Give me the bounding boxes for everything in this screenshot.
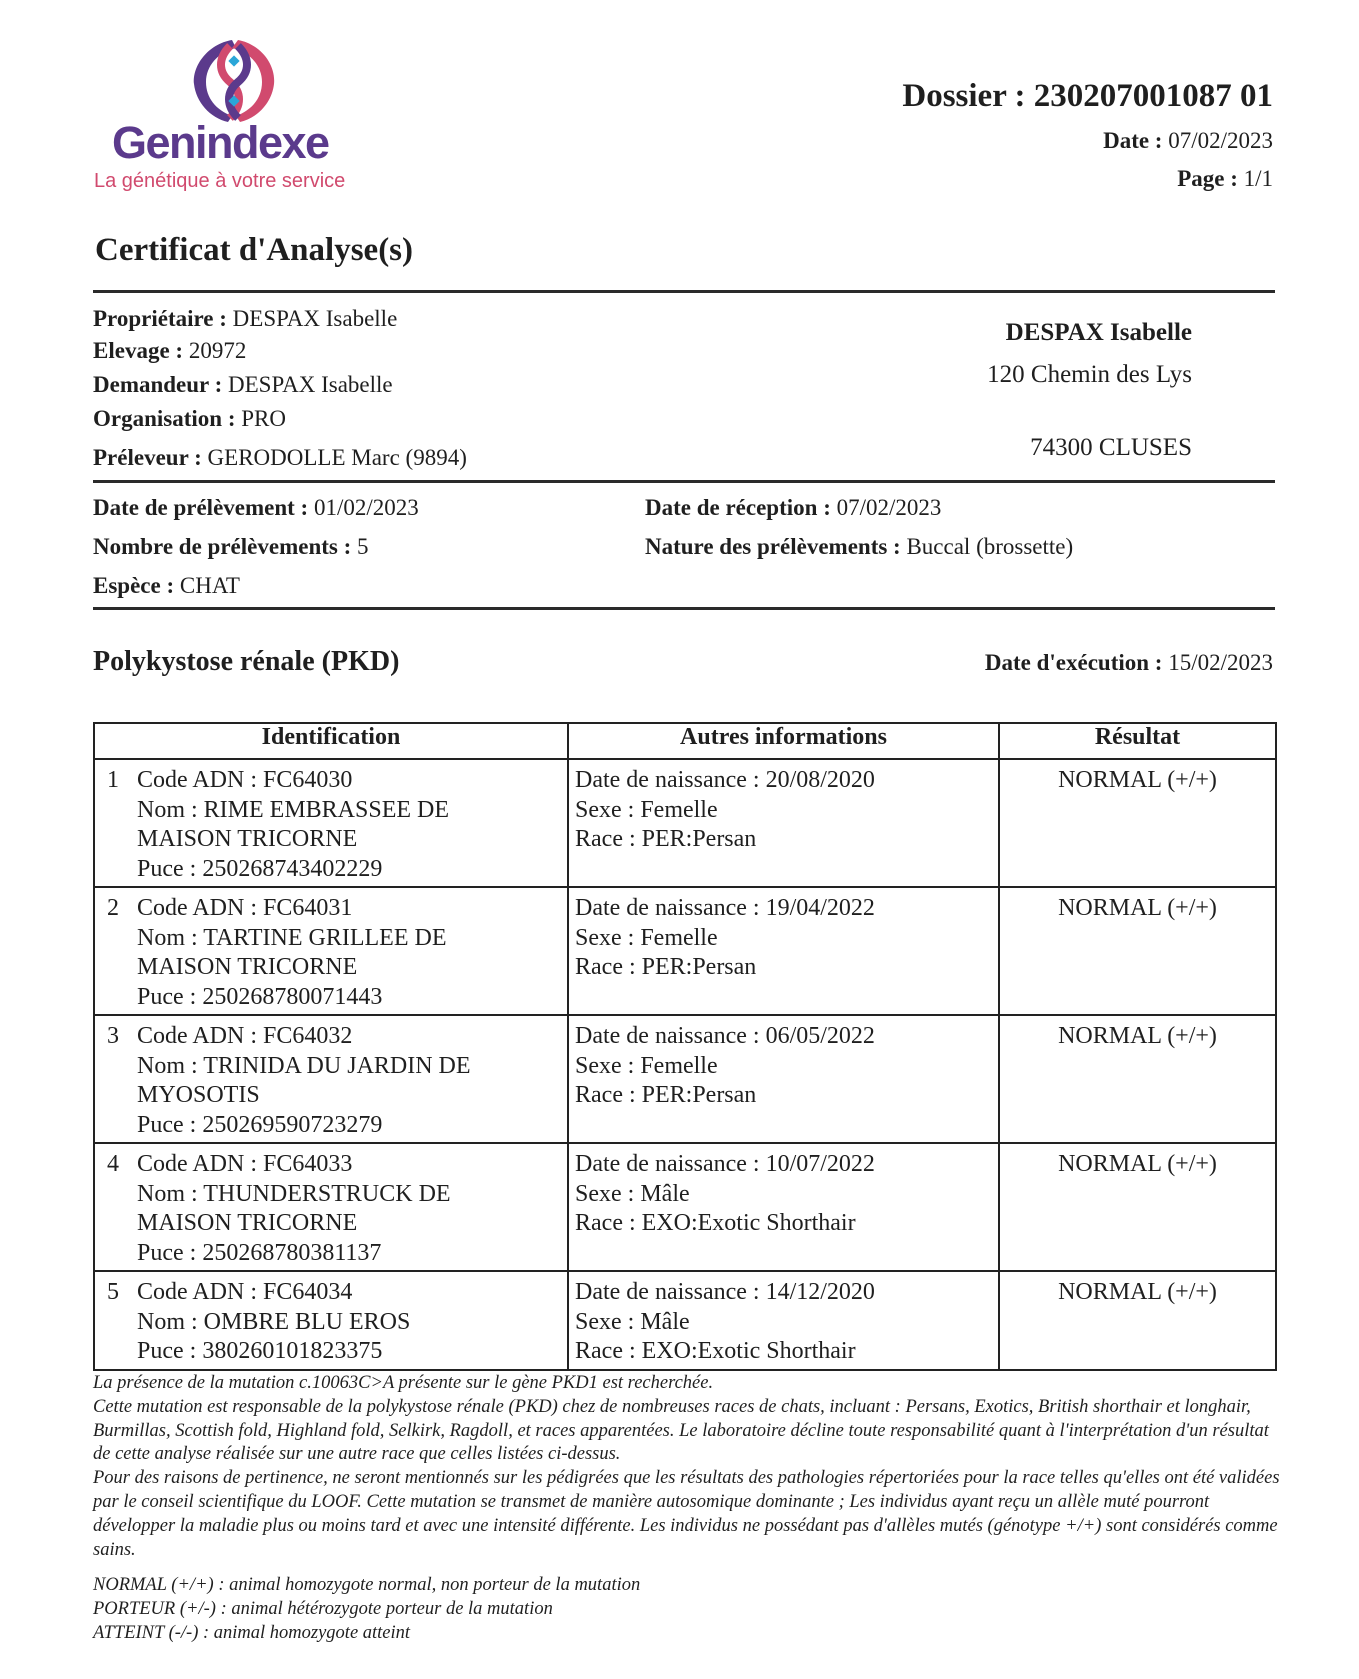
elevage-field: Elevage : 20972: [93, 338, 246, 364]
animal-name-line: Nom : THUNDERSTRUCK DE: [107, 1180, 559, 1210]
proprietaire-value: DESPAX Isabelle: [233, 306, 398, 331]
row-index: 5: [107, 1278, 137, 1308]
birth-date: Date de naissance : 19/04/2022: [575, 894, 990, 924]
code-adn: Code ADN : FC64034: [137, 1279, 352, 1305]
puce-number: Puce : 380260101823375: [107, 1337, 559, 1367]
birth-date: Date de naissance : 14/12/2020: [575, 1278, 990, 1308]
nombre-label: Nombre de prélèvements :: [93, 534, 351, 559]
column-header-autres-informations: Autres informations: [568, 723, 999, 759]
divider: [93, 480, 1275, 483]
result-cell: NORMAL (+/+): [999, 759, 1276, 887]
demandeur-field: Demandeur : DESPAX Isabelle: [93, 372, 393, 398]
other-info-cell: Date de naissance : 10/07/2022Sexe : Mâl…: [568, 1143, 999, 1271]
proprietaire-label: Propriétaire :: [93, 306, 227, 331]
espece-field: Espèce : CHAT: [93, 573, 240, 599]
espece-value: CHAT: [180, 573, 240, 598]
espece-label: Espèce :: [93, 573, 174, 598]
organisation-label: Organisation :: [93, 406, 235, 431]
identification-cell: 2Code ADN : FC64031Nom : TARTINE GRILLEE…: [94, 887, 568, 1015]
demandeur-label: Demandeur :: [93, 372, 222, 397]
animal-name-line: Nom : RIME EMBRASSEE DE: [107, 796, 559, 826]
divider: [93, 607, 1275, 610]
other-info-cell: Date de naissance : 20/08/2020Sexe : Fem…: [568, 759, 999, 887]
result-cell: NORMAL (+/+): [999, 1271, 1276, 1370]
animal-name-line: MAISON TRICORNE: [107, 1209, 559, 1239]
row-index: 1: [107, 766, 137, 796]
code-adn: Code ADN : FC64032: [137, 1023, 352, 1049]
identification-cell: 5Code ADN : FC64034Nom : OMBRE BLU EROSP…: [94, 1271, 568, 1370]
elevage-label: Elevage :: [93, 338, 183, 363]
document-date: Date : 07/02/2023: [1103, 128, 1273, 154]
animal-name-line: Nom : TRINIDA DU JARDIN DE: [107, 1052, 559, 1082]
preleveur-field: Préleveur : GERODOLLE Marc (9894): [93, 445, 467, 471]
execution-value: 15/02/2023: [1168, 650, 1273, 675]
nature-label: Nature des prélèvements :: [645, 534, 901, 559]
table-row: 5Code ADN : FC64034Nom : OMBRE BLU EROSP…: [94, 1271, 1276, 1370]
result-value: NORMAL (+/+): [1008, 1150, 1267, 1180]
date-reception-field: Date de réception : 07/02/2023: [645, 495, 941, 521]
birth-date: Date de naissance : 10/07/2022: [575, 1150, 990, 1180]
sex: Sexe : Mâle: [575, 1308, 990, 1338]
table-row: 4Code ADN : FC64033Nom : THUNDERSTRUCK D…: [94, 1143, 1276, 1271]
birth-date: Date de naissance : 20/08/2020: [575, 766, 990, 796]
address-street: 120 Chemin des Lys: [987, 361, 1192, 389]
table-header-row: Identification Autres informations Résul…: [94, 723, 1276, 759]
dossier-label: Dossier :: [902, 78, 1025, 114]
column-header-resultat: Résultat: [999, 723, 1276, 759]
nature-value: Buccal (brossette): [906, 534, 1073, 559]
dossier-value: 230207001087 01: [1034, 78, 1273, 114]
preleveur-label: Préleveur :: [93, 445, 202, 470]
preleveur-value: GERODOLLE Marc (9894): [208, 445, 467, 470]
address-city: 74300 CLUSES: [1030, 434, 1192, 462]
animal-name-line: MAISON TRICORNE: [107, 825, 559, 855]
date-prelevement-label: Date de prélèvement :: [93, 495, 308, 520]
row-index: 3: [107, 1022, 137, 1052]
identification-cell: 3Code ADN : FC64032Nom : TRINIDA DU JARD…: [94, 1015, 568, 1143]
nombre-prelevements-field: Nombre de prélèvements : 5: [93, 534, 369, 560]
animal-name-line: Nom : OMBRE BLU EROS: [107, 1308, 559, 1338]
notes-section: La présence de la mutation c.10063C>A pr…: [93, 1372, 1283, 1562]
note-paragraph: Pour des raisons de pertinence, ne seron…: [93, 1467, 1283, 1562]
date-value: 07/02/2023: [1168, 128, 1273, 153]
page-title: Certificat d'Analyse(s): [95, 232, 413, 269]
brand-name: Genindexe: [112, 117, 329, 169]
genindexe-logo: Genindexe La génétique à votre service: [90, 34, 370, 194]
brand-tagline: La génétique à votre service: [94, 170, 345, 193]
identification-cell: 1Code ADN : FC64030Nom : RIME EMBRASSEE …: [94, 759, 568, 887]
result-cell: NORMAL (+/+): [999, 1015, 1276, 1143]
breed: Race : EXO:Exotic Shorthair: [575, 1209, 990, 1239]
breed: Race : PER:Persan: [575, 953, 990, 983]
result-cell: NORMAL (+/+): [999, 887, 1276, 1015]
analysis-title: Polykystose rénale (PKD): [93, 646, 399, 678]
animal-name-line: MYOSOTIS: [107, 1081, 559, 1111]
results-table: Identification Autres informations Résul…: [93, 722, 1277, 1371]
date-label: Date :: [1103, 128, 1162, 153]
result-value: NORMAL (+/+): [1008, 894, 1267, 924]
puce-number: Puce : 250269590723279: [107, 1111, 559, 1141]
date-prelevement-field: Date de prélèvement : 01/02/2023: [93, 495, 419, 521]
organisation-field: Organisation : PRO: [93, 406, 286, 432]
result-value: NORMAL (+/+): [1008, 1022, 1267, 1052]
sex: Sexe : Femelle: [575, 1052, 990, 1082]
other-info-cell: Date de naissance : 19/04/2022Sexe : Fem…: [568, 887, 999, 1015]
animal-name-line: MAISON TRICORNE: [107, 953, 559, 983]
result-legend: NORMAL (+/+) : animal homozygote normal,…: [93, 1574, 640, 1645]
breed: Race : PER:Persan: [575, 1081, 990, 1111]
puce-number: Puce : 250268743402229: [107, 855, 559, 885]
puce-number: Puce : 250268780381137: [107, 1239, 559, 1269]
code-adn: Code ADN : FC64031: [137, 895, 352, 921]
page-label: Page :: [1177, 166, 1238, 191]
execution-date: Date d'exécution : 15/02/2023: [985, 650, 1273, 676]
identification-cell: 4Code ADN : FC64033Nom : THUNDERSTRUCK D…: [94, 1143, 568, 1271]
other-info-cell: Date de naissance : 14/12/2020Sexe : Mâl…: [568, 1271, 999, 1370]
organisation-value: PRO: [241, 406, 286, 431]
legend-item-normal: NORMAL (+/+) : animal homozygote normal,…: [93, 1574, 640, 1598]
table-row: 2Code ADN : FC64031Nom : TARTINE GRILLEE…: [94, 887, 1276, 1015]
execution-label: Date d'exécution :: [985, 650, 1163, 675]
result-cell: NORMAL (+/+): [999, 1143, 1276, 1271]
other-info-cell: Date de naissance : 06/05/2022Sexe : Fem…: [568, 1015, 999, 1143]
elevage-value: 20972: [189, 338, 247, 363]
code-adn: Code ADN : FC64030: [137, 767, 352, 793]
nature-prelevements-field: Nature des prélèvements : Buccal (brosse…: [645, 534, 1073, 560]
note-paragraph: La présence de la mutation c.10063C>A pr…: [93, 1372, 1283, 1396]
proprietaire-field: Propriétaire : DESPAX Isabelle: [93, 306, 397, 332]
sex: Sexe : Femelle: [575, 924, 990, 954]
date-reception-label: Date de réception :: [645, 495, 831, 520]
animal-name-line: Nom : TARTINE GRILLEE DE: [107, 924, 559, 954]
result-value: NORMAL (+/+): [1008, 766, 1267, 796]
column-header-identification: Identification: [94, 723, 568, 759]
nombre-value: 5: [357, 534, 369, 559]
address-name: DESPAX Isabelle: [1006, 319, 1192, 347]
breed: Race : EXO:Exotic Shorthair: [575, 1337, 990, 1367]
sex: Sexe : Femelle: [575, 796, 990, 826]
date-prelevement-value: 01/02/2023: [314, 495, 419, 520]
note-paragraph: Cette mutation est responsable de la pol…: [93, 1396, 1283, 1467]
puce-number: Puce : 250268780071443: [107, 983, 559, 1013]
code-adn: Code ADN : FC64033: [137, 1151, 352, 1177]
row-index: 2: [107, 894, 137, 924]
legend-item-porteur: PORTEUR (+/-) : animal hétérozygote port…: [93, 1598, 640, 1622]
row-index: 4: [107, 1150, 137, 1180]
demandeur-value: DESPAX Isabelle: [228, 372, 393, 397]
birth-date: Date de naissance : 06/05/2022: [575, 1022, 990, 1052]
dna-helix-logo-icon: [186, 36, 282, 126]
date-reception-value: 07/02/2023: [837, 495, 942, 520]
sex: Sexe : Mâle: [575, 1180, 990, 1210]
result-value: NORMAL (+/+): [1008, 1278, 1267, 1308]
dossier-number: Dossier : 230207001087 01: [902, 78, 1273, 115]
page-number: Page : 1/1: [1177, 166, 1273, 192]
page-value: 1/1: [1244, 166, 1273, 191]
breed: Race : PER:Persan: [575, 825, 990, 855]
table-row: 1Code ADN : FC64030Nom : RIME EMBRASSEE …: [94, 759, 1276, 887]
table-row: 3Code ADN : FC64032Nom : TRINIDA DU JARD…: [94, 1015, 1276, 1143]
legend-item-atteint: ATTEINT (-/-) : animal homozygote attein…: [93, 1622, 640, 1646]
divider: [93, 290, 1275, 293]
